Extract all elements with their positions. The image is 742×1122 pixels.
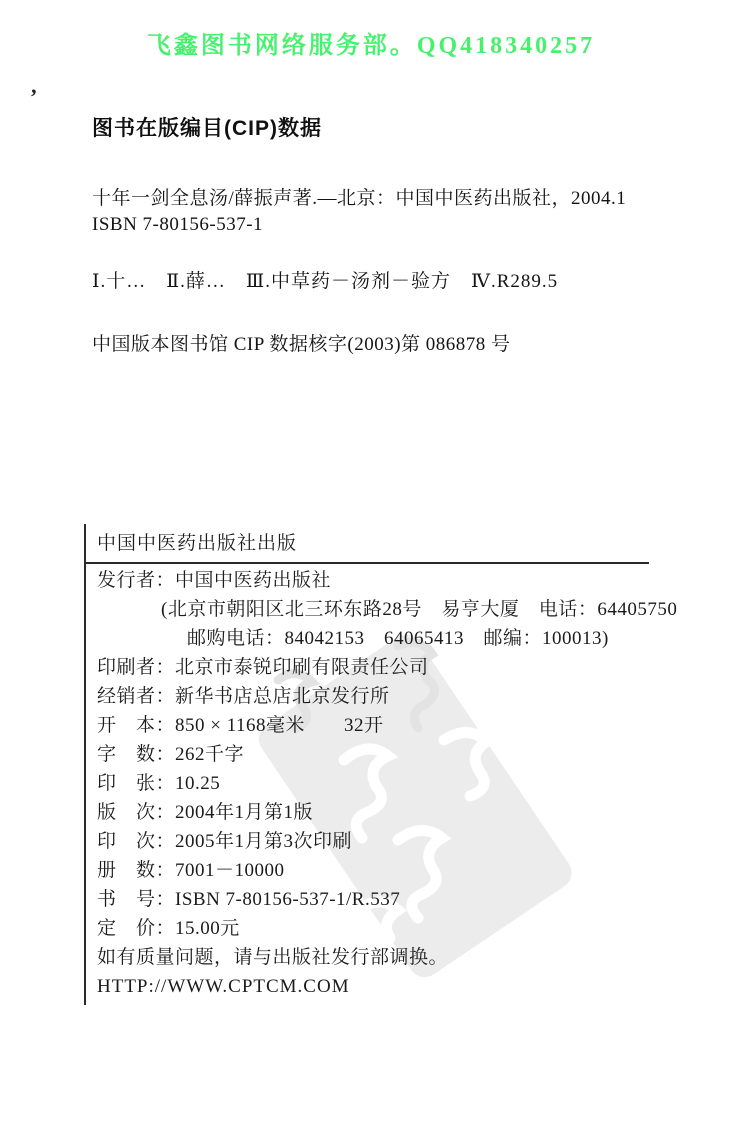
colophon-row-copies: 册 数：7001－10000 [97, 856, 652, 885]
copyright-page: 飞鑫图书网络服务部。QQ418340257 ’ 图书在版编目(CIP)数据 十年… [0, 0, 742, 1122]
divider-rule [86, 562, 649, 564]
colophon-row-booknumber: 书 号：ISBN 7-80156-537-1/R.537 [97, 885, 652, 914]
colophon-box: 中国中医药出版社出版 发行者：中国中医药出版社 (北京市朝阳区北三环东路28号 … [84, 524, 652, 1005]
colophon-row-printer: 印刷者：北京市泰锐印刷有限责任公司 [97, 653, 652, 682]
book-title-line: 十年一剑全息汤/薛振声著.—北京：中国中医药出版社，2004.1 [92, 183, 626, 210]
colophon-row-address: (北京市朝阳区北三环东路28号 易亨大厦 电话：64405750 [97, 595, 652, 624]
colophon-row-format: 开 本：850 × 1168毫米 32开 [97, 711, 652, 740]
stray-ink-mark: ’ [30, 84, 37, 110]
publisher-website: HTTP://WWW.CPTCM.COM [97, 972, 652, 1001]
colophon-row-mailorder: 邮购电话：84042153 64065413 邮编：100013) [97, 624, 652, 653]
cip-heading: 图书在版编目(CIP)数据 [92, 112, 322, 142]
colophon-row-sheets: 印 张：10.25 [97, 769, 652, 798]
classification-line: Ⅰ.十… Ⅱ.薛… Ⅲ.中草药－汤剂－验方 Ⅳ.R289.5 [92, 266, 558, 293]
seller-watermark-text: 飞鑫图书网络服务部。QQ418340257 [0, 25, 742, 60]
colophon-row-edition: 版 次：2004年1月第1版 [97, 798, 652, 827]
colophon-row-distributor: 发行者：中国中医药出版社 [97, 566, 652, 595]
isbn-line: ISBN 7-80156-537-1 [92, 214, 263, 236]
colophon-row-printing: 印 次：2005年1月第3次印刷 [97, 827, 652, 856]
publisher-line: 中国中医药出版社出版 [97, 528, 652, 560]
quality-notice: 如有质量问题，请与出版社发行部调换。 [97, 943, 652, 972]
cip-record-number-line: 中国版本图书馆 CIP 数据核字(2003)第 086878 号 [92, 329, 511, 356]
colophon-row-price: 定 价：15.00元 [97, 914, 652, 943]
colophon-row-wordcount: 字 数：262千字 [97, 740, 652, 769]
colophon-row-seller: 经销者：新华书店总店北京发行所 [97, 682, 652, 711]
